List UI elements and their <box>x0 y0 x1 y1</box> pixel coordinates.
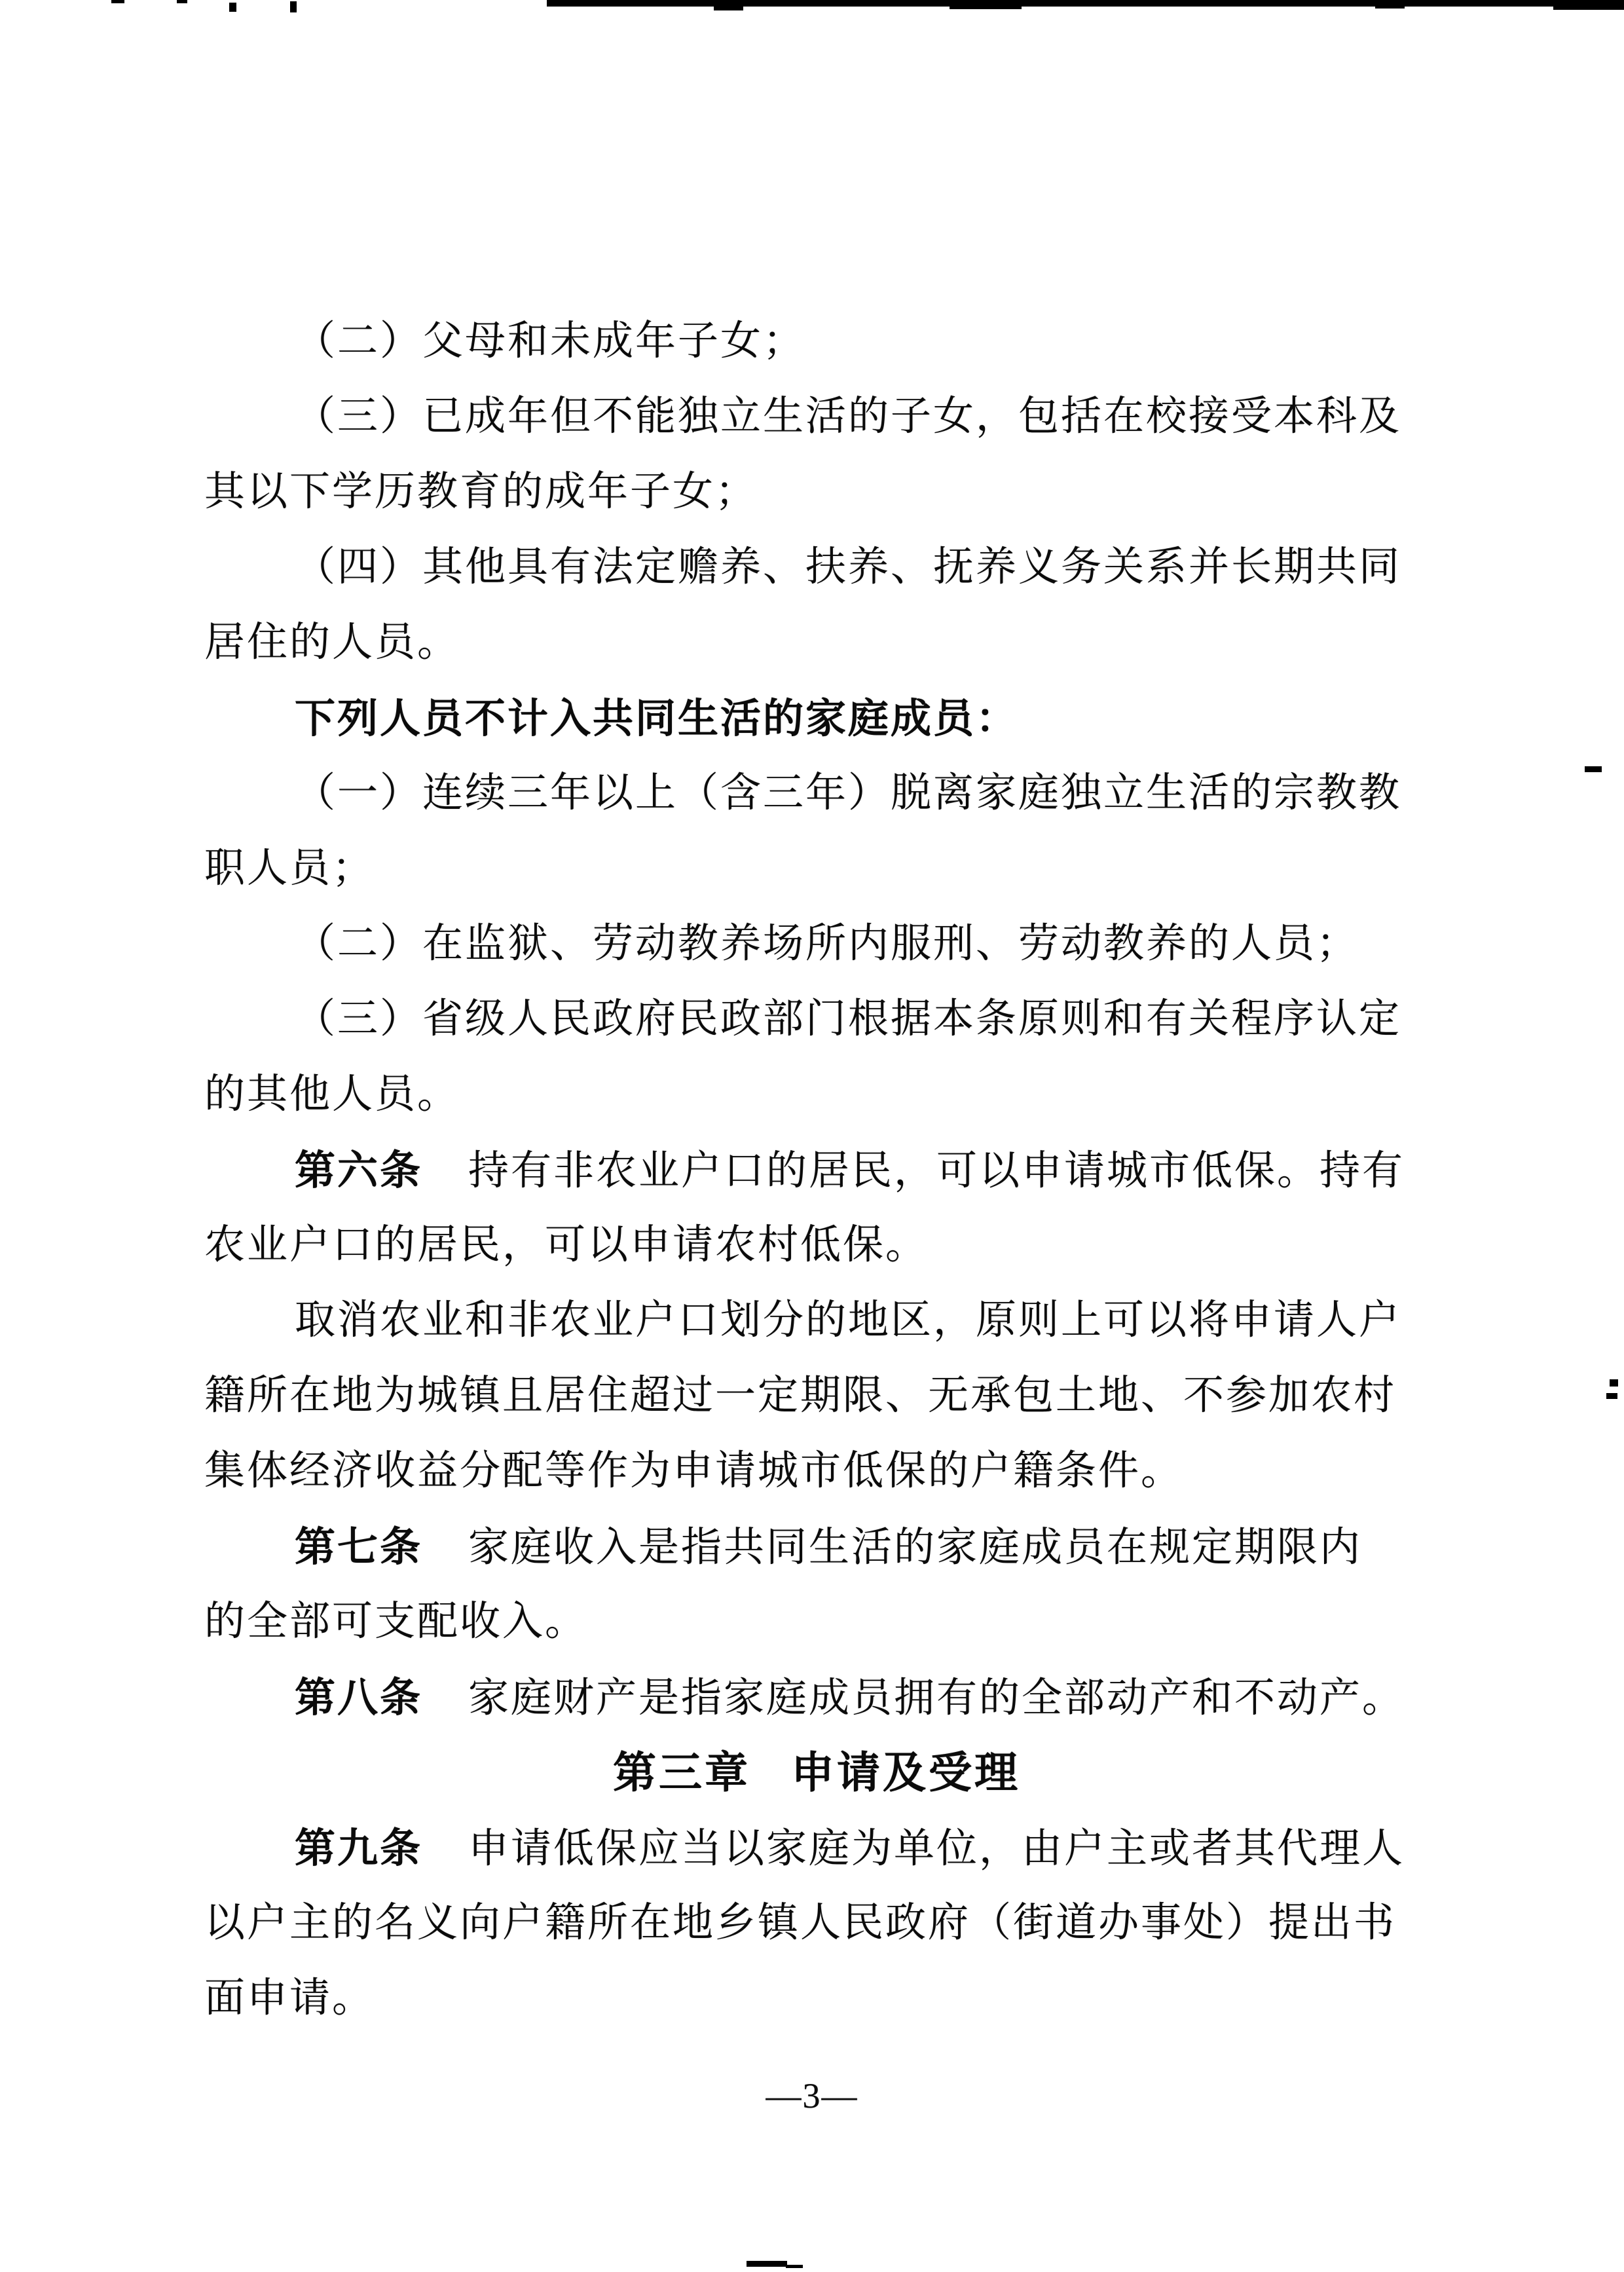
text-segment: 以户主的名义向户籍所在地乡镇人民政府（街道办事处）提出书 <box>204 1901 1396 1945</box>
document-line: （四）其他具有法定赡养、扶养、抚养义务关系并长期共同 <box>204 530 1429 605</box>
text-segment: 取消农业和非农业户口划分的地区，原则上可以将申请人户 <box>295 1298 1401 1343</box>
text-segment: 家庭收入是指共同生活的家庭成员在规定期限内 <box>468 1525 1362 1570</box>
document-line: 取消农业和非农业户口划分的地区，原则上可以将申请人户 <box>204 1283 1429 1358</box>
document-line: 的全部可支配收入。 <box>204 1584 1429 1660</box>
text-segment: 的全部可支配收入。 <box>204 1599 587 1644</box>
document-line: 以户主的名义向户籍所在地乡镇人民政府（街道办事处）提出书 <box>204 1886 1429 1961</box>
text-segment: 农业户口的居民，可以申请农村低保。 <box>204 1223 928 1267</box>
scan-artifact-bottom-smudge <box>786 2265 803 2268</box>
text-segment: 持有非农业户口的居民，可以申请城市低保。持有 <box>468 1149 1405 1193</box>
document-line: （一）连续三年以上（含三年）脱离家庭独立生活的宗教教 <box>204 756 1429 831</box>
text-segment: 第三章 <box>613 1747 750 1798</box>
text-segment: 下列人员不计入共同生活的家庭成员： <box>295 694 1018 742</box>
text-segment: 其以下学历教育的成年子女； <box>204 470 758 514</box>
scan-artifact-speck <box>177 0 187 3</box>
document-line: 职人员； <box>204 831 1429 906</box>
text-block: （二）父母和未成年子女；（三）已成年但不能独立生活的子女，包括在校接受本科及其以… <box>204 304 1429 2036</box>
scan-artifact-speck <box>229 3 236 12</box>
document-line: 农业户口的居民，可以申请农村低保。 <box>204 1208 1429 1283</box>
text-segment: （四）其他具有法定赡养、扶养、抚养义务关系并长期共同 <box>295 545 1401 589</box>
text-segment: 籍所在地为城镇且居住超过一定期限、无承包土地、不参加农村 <box>204 1373 1396 1418</box>
document-line: 居住的人员。 <box>204 605 1429 680</box>
document-line: 的其他人员。 <box>204 1057 1429 1132</box>
page-number: —3— <box>0 2063 1624 2129</box>
text-segment: （三）已成年但不能独立生活的子女，包括在校接受本科及 <box>295 394 1401 439</box>
document-line: 第六条持有非农业户口的居民，可以申请城市低保。持有 <box>204 1132 1429 1208</box>
document-line: （三）省级人民政府民政部门根据本条原则和有关程序认定 <box>204 982 1429 1057</box>
scan-artifact-top-blob <box>950 0 1022 9</box>
chapter-heading: 第三章申请及受理 <box>204 1735 1429 1810</box>
scan-artifact-top-bar <box>547 0 1624 7</box>
document-line: 集体经济收益分配等作为申请城市低保的户籍条件。 <box>204 1434 1429 1509</box>
scan-artifact-top-blob <box>1375 0 1405 9</box>
text-segment: （三）省级人民政府民政部门根据本条原则和有关程序认定 <box>295 997 1401 1041</box>
text-segment: 家庭财产是指家庭成员拥有的全部动产和不动产。 <box>468 1676 1405 1721</box>
document-line: （二）在监狱、劳动教养场所内服刑、劳动教养的人员； <box>204 906 1429 982</box>
text-segment: 申请及受理 <box>791 1747 1020 1798</box>
text-segment: 集体经济收益分配等作为申请城市低保的户籍条件。 <box>204 1449 1183 1493</box>
scan-artifact-margin-dot <box>1606 1393 1617 1399</box>
document-line: 下列人员不计入共同生活的家庭成员： <box>204 680 1429 756</box>
scanned-document-page: （二）父母和未成年子女；（三）已成年但不能独立生活的子女，包括在校接受本科及其以… <box>0 0 1624 2272</box>
document-line: 第七条家庭收入是指共同生活的家庭成员在规定期限内 <box>204 1509 1429 1584</box>
text-segment: 居住的人员。 <box>204 620 460 665</box>
scan-artifact-margin-dash <box>1585 766 1602 772</box>
article-number: 第六条 <box>295 1146 422 1194</box>
scan-artifact-bottom-smudge <box>747 2261 787 2267</box>
article-number: 第九条 <box>295 1824 422 1872</box>
document-line: 籍所在地为城镇且居住超过一定期限、无承包土地、不参加农村 <box>204 1358 1429 1434</box>
article-number: 第八条 <box>295 1673 422 1721</box>
document-line: 第九条申请低保应当以家庭为单位，由户主或者其代理人 <box>204 1810 1429 1886</box>
document-line: 第八条家庭财产是指家庭成员拥有的全部动产和不动产。 <box>204 1660 1429 1735</box>
scan-artifact-top-blob <box>714 0 743 10</box>
text-segment: 职人员； <box>204 846 375 891</box>
document-line: （三）已成年但不能独立生活的子女，包括在校接受本科及 <box>204 379 1429 455</box>
text-segment: 面申请。 <box>204 1976 375 2021</box>
article-number: 第七条 <box>295 1523 422 1571</box>
scan-artifact-speck <box>111 0 124 3</box>
scan-artifact-speck <box>290 1 297 12</box>
text-segment: （一）连续三年以上（含三年）脱离家庭独立生活的宗教教 <box>295 771 1401 815</box>
document-line: （二）父母和未成年子女； <box>204 304 1429 379</box>
document-line: 面申请。 <box>204 1961 1429 2036</box>
scan-artifact-margin-dot <box>1610 1379 1618 1387</box>
document-line: 其以下学历教育的成年子女； <box>204 455 1429 530</box>
scan-artifact-top-blob <box>1553 0 1624 10</box>
text-segment: （二）父母和未成年子女； <box>295 319 805 363</box>
text-segment: 的其他人员。 <box>204 1072 460 1117</box>
text-segment: （二）在监狱、劳动教养场所内服刑、劳动教养的人员； <box>295 922 1359 966</box>
text-segment: 申请低保应当以家庭为单位，由户主或者其代理人 <box>468 1827 1405 1871</box>
